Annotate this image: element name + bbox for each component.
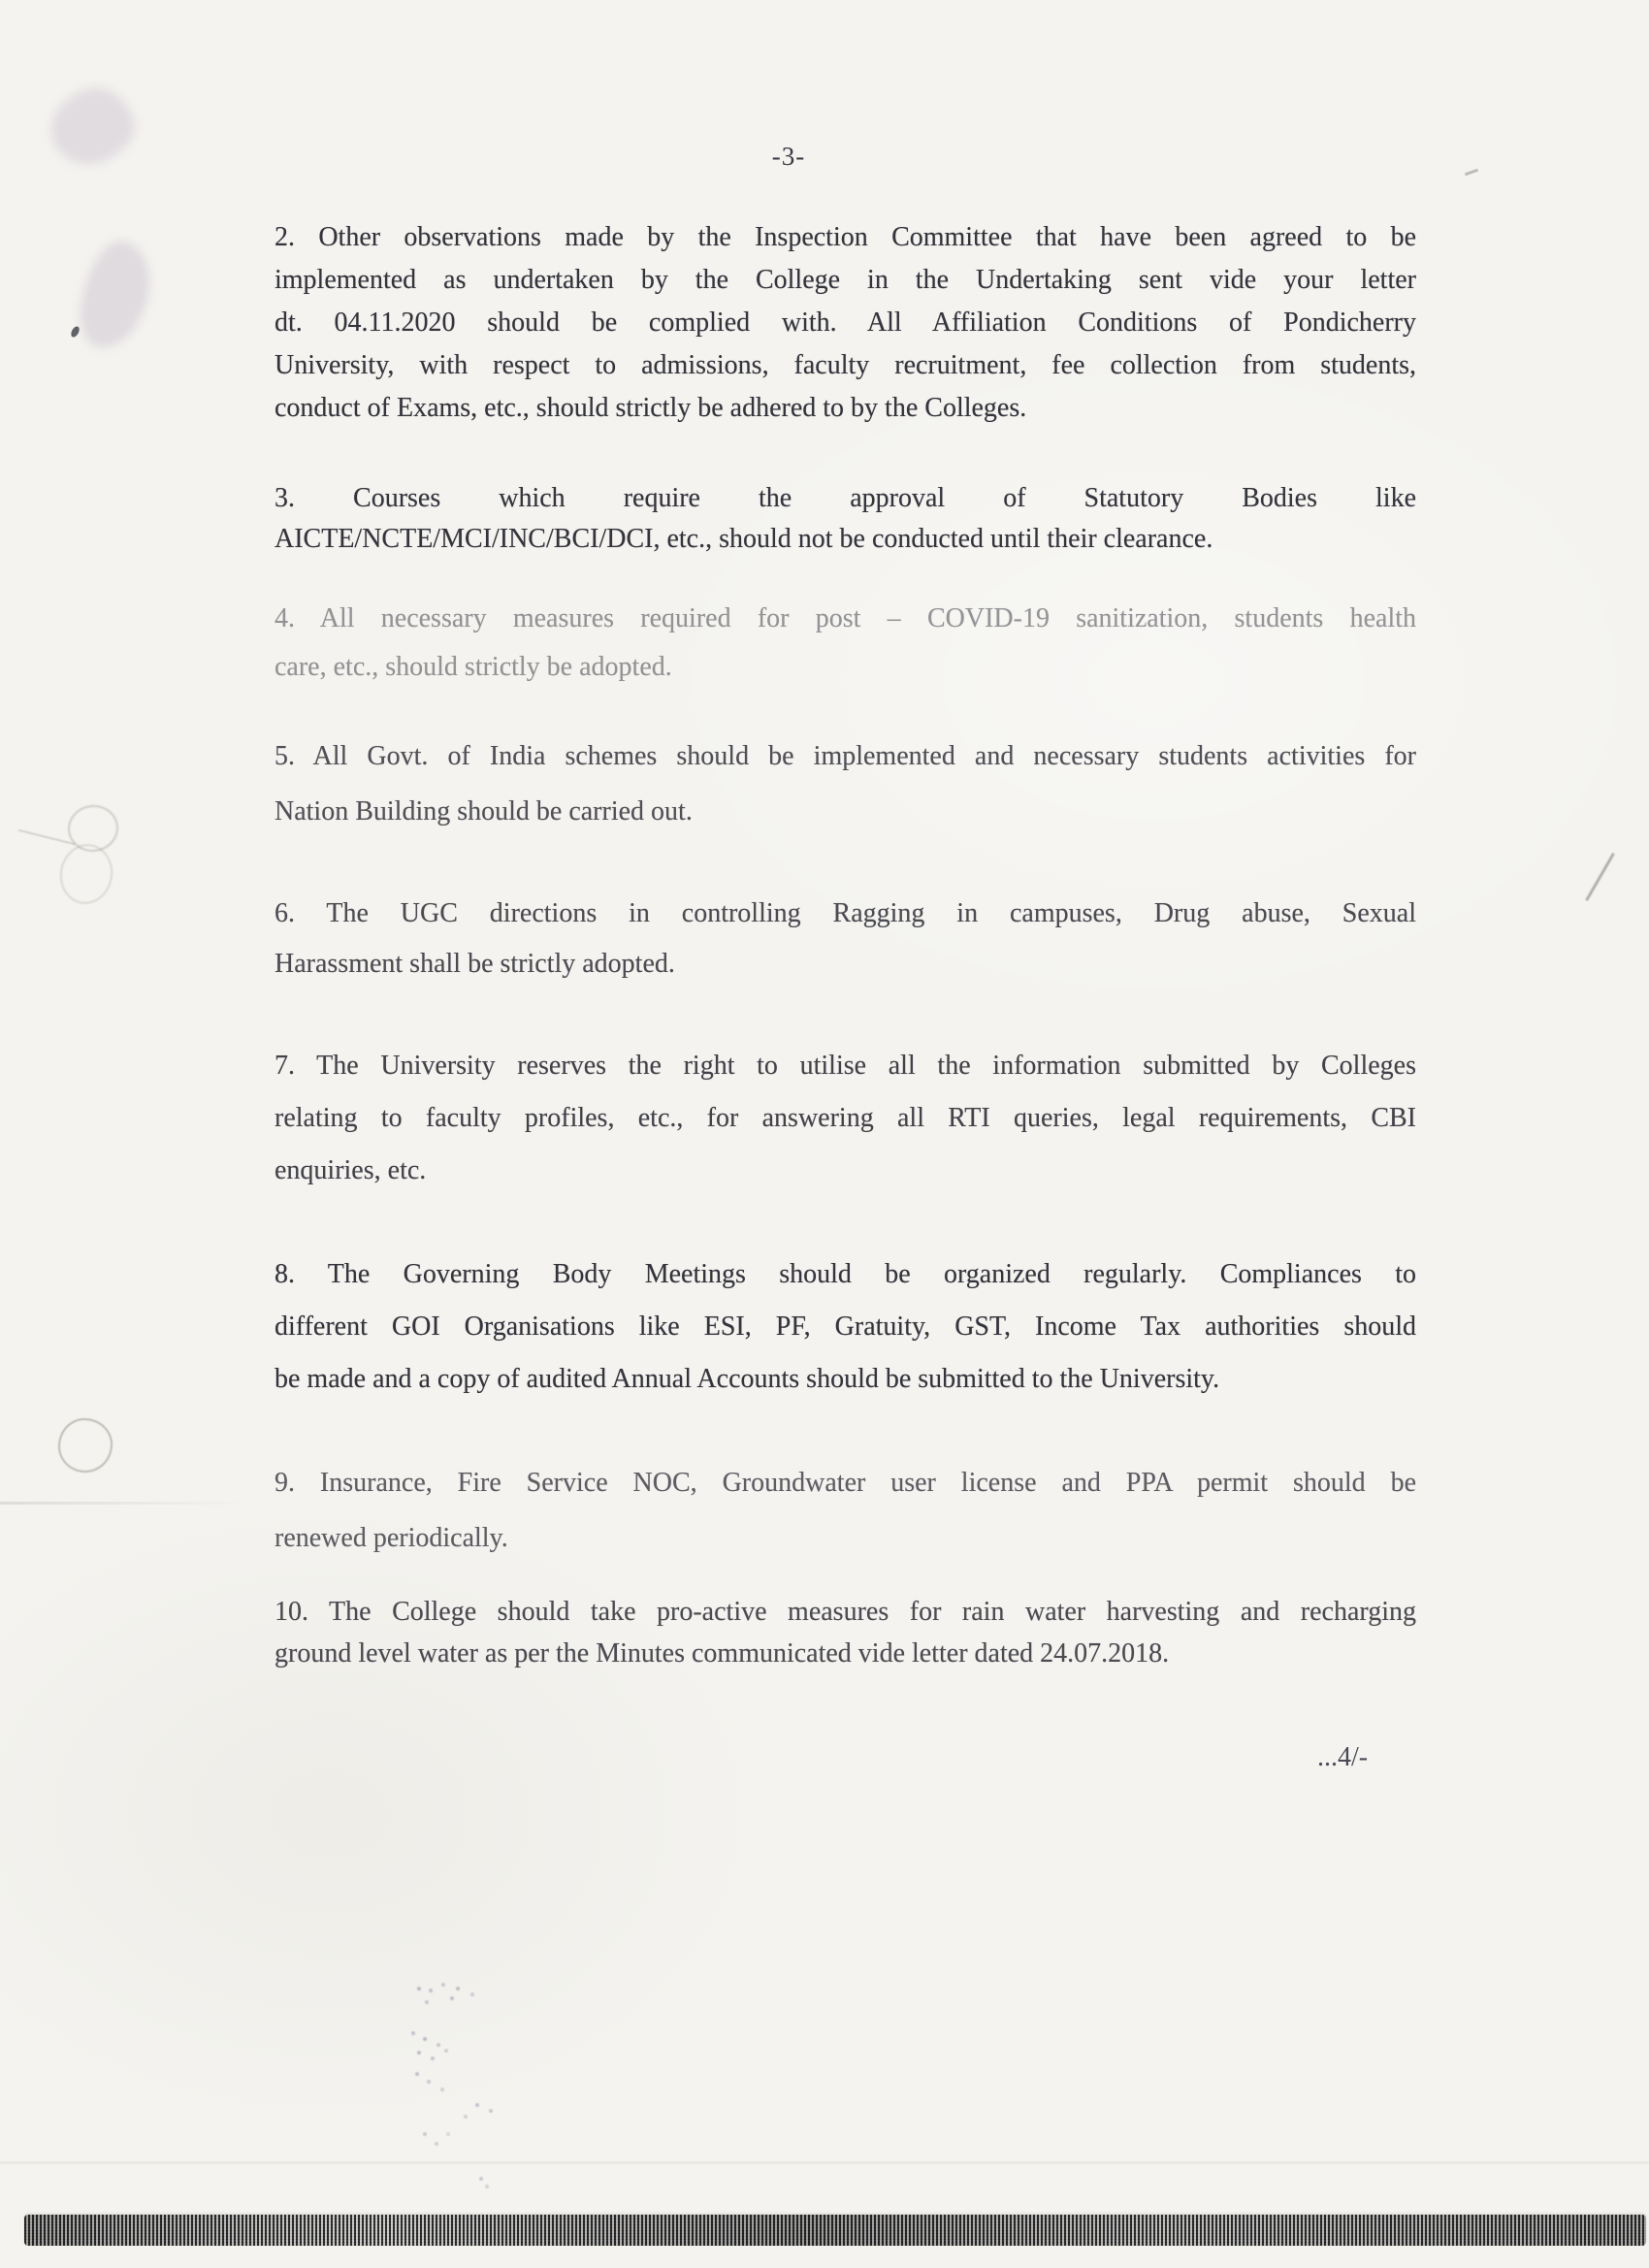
document-page: -3- 2. Other observations made by the In… — [0, 0, 1649, 2268]
paragraph-line: 9. Insurance, Fire Service NOC, Groundwa… — [275, 1455, 1416, 1510]
letter-body: 2. Other observations made by the Inspec… — [0, 0, 1649, 2268]
paragraph-line: care, etc., should strictly be adopted. — [275, 643, 1416, 692]
continuation-mark: ...4/- — [1317, 1742, 1368, 1773]
paragraph-line: 2. Other observations made by the Inspec… — [275, 216, 1416, 259]
paragraph-line: be made and a copy of audited Annual Acc… — [275, 1353, 1416, 1406]
paragraph-line: ground level water as per the Minutes co… — [275, 1633, 1416, 1674]
paragraph: 2. Other observations made by the Inspec… — [275, 216, 1416, 430]
paragraph-line: enquiries, etc. — [275, 1145, 1416, 1197]
paragraph-line: 3. Courses which require the approval of… — [275, 478, 1416, 519]
paragraph-line: 6. The UGC directions in controlling Rag… — [275, 889, 1416, 939]
paragraph: 4. All necessary measures required for p… — [275, 595, 1416, 692]
paragraph-line: 10. The College should take pro-active m… — [275, 1591, 1416, 1633]
paragraph-line: Harassment shall be strictly adopted. — [275, 939, 1416, 989]
paragraph: 8. The Governing Body Meetings should be… — [275, 1248, 1416, 1406]
paragraph-line: 4. All necessary measures required for p… — [275, 595, 1416, 643]
paragraph: 7. The University reserves the right to … — [275, 1040, 1416, 1197]
paragraph-line: 8. The Governing Body Meetings should be… — [275, 1248, 1416, 1301]
paragraph-line: conduct of Exams, etc., should strictly … — [275, 387, 1416, 430]
paragraph-line: 7. The University reserves the right to … — [275, 1040, 1416, 1092]
paragraph-line: 5. All Govt. of India schemes should be … — [275, 729, 1416, 784]
paragraph-line: renewed periodically. — [275, 1510, 1416, 1566]
paragraph: 9. Insurance, Fire Service NOC, Groundwa… — [275, 1455, 1416, 1566]
paragraph-line: implemented as undertaken by the College… — [275, 259, 1416, 302]
paragraph-line: AICTE/NCTE/MCI/INC/BCI/DCI, etc., should… — [275, 519, 1416, 560]
paragraph: 5. All Govt. of India schemes should be … — [275, 729, 1416, 839]
paragraph-line: different GOI Organisations like ESI, PF… — [275, 1301, 1416, 1353]
paragraph-line: University, with respect to admissions, … — [275, 344, 1416, 387]
paragraph-line: Nation Building should be carried out. — [275, 784, 1416, 839]
paragraph: 6. The UGC directions in controlling Rag… — [275, 889, 1416, 989]
paragraph: 3. Courses which require the approval of… — [275, 478, 1416, 560]
paragraph-line: dt. 04.11.2020 should be complied with. … — [275, 302, 1416, 344]
paragraph-line: relating to faculty profiles, etc., for … — [275, 1092, 1416, 1145]
paragraph: 10. The College should take pro-active m… — [275, 1591, 1416, 1674]
scan-edge-artifact — [24, 2215, 1646, 2246]
